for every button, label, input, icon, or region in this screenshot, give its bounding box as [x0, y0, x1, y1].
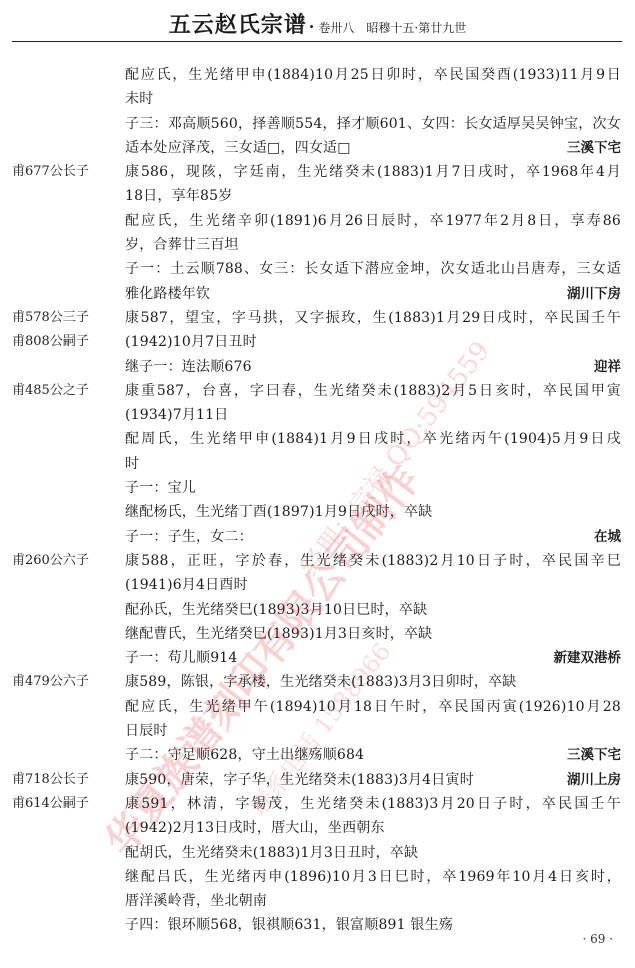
header-rule	[12, 41, 622, 42]
entry-text: (1942)2月13日戌时，厝大山，坐西朝东	[125, 816, 621, 840]
entry-line: 甫479公六子康589，陈银，字承楼，生光绪癸未(1883)3月3日卯时，卒缺	[0, 670, 635, 694]
entry-line: 配应氏，生光绪甲午(1894)10月18日午时，卒民国丙寅(1926)10月28	[0, 695, 635, 719]
entry-line: 时	[0, 452, 635, 476]
entry-line: 配应氏，生光绪甲申(1884)10月25日卯时，卒民国癸酉(1933)11月9日	[0, 63, 635, 87]
lineage-label: 甫485公之子	[12, 379, 112, 403]
entry-line: 配胡氏，生光绪癸未(1883)1月3日丑时，卒缺	[0, 841, 635, 865]
entry-text: 康重587，台喜，字曰春，生光绪癸未(1883)2月5日亥时，卒民国甲寅	[125, 379, 621, 403]
entry-text: 配应氏，生光绪辛卯(1891)6月26日辰时，卒1977年2月8日，享寿86	[125, 209, 621, 233]
genealogy-entries: 配应氏，生光绪甲申(1884)10月25日卯时，卒民国癸酉(1933)11月9日…	[0, 63, 635, 938]
entry-text: 子四：银环顺568，银祺顺631，银富顺891 银生殇	[125, 913, 621, 937]
book-title: 五云赵氏宗谱	[169, 12, 307, 38]
entry-text: 岁，合葬廿三百坦	[125, 233, 621, 257]
entry-line: 子四：银环顺568，银祺顺631，银富顺891 银生殇	[0, 913, 635, 937]
entry-text: 日辰时	[125, 719, 621, 743]
entry-line: 子一：苟儿顺914新建双港桥	[0, 646, 635, 670]
entry-line: 继配吕氏，生光绪丙申(1896)10月3日巳时，卒1969年10月4日亥时，	[0, 865, 635, 889]
lineage-label: 甫808公嗣子	[12, 330, 112, 354]
lineage-label: 甫260公六子	[12, 549, 112, 573]
entry-line: 甫718公长子康590，唐荣，字子华，生光绪癸未(1883)3月4日寅时湖川上房	[0, 768, 635, 792]
entry-text: 配应氏，生光绪甲午(1894)10月18日午时，卒民国丙寅(1926)10月28	[125, 695, 621, 719]
entry-text: 继子一：连法顺676	[125, 355, 621, 379]
residence-location: 湖川上房	[567, 768, 621, 792]
entry-text: 继配曹氏，生光绪癸巳(1893)1月3日亥时，卒缺	[125, 622, 621, 646]
entry-text: 继配吕氏，生光绪丙申(1896)10月3日巳时，卒1969年10月4日亥时，	[125, 865, 621, 889]
residence-location: 湖川下房	[567, 282, 621, 306]
entry-line: 甫614公嗣子康591，林清，字锡茂，生光绪癸未(1883)3月20日子时，卒民…	[0, 792, 635, 816]
entry-text: 康591，林清，字锡茂，生光绪癸未(1883)3月20日子时，卒民国壬午	[125, 792, 621, 816]
entry-text: 配孙氏，生光绪癸巳(1893)3月10日巳时，卒缺	[125, 598, 621, 622]
lineage-label: 甫479公六子	[12, 670, 112, 694]
entry-text: 配周氏，生光绪甲申(1884)1月9日戌时，卒光绪丙午(1904)5月9日戌	[125, 427, 621, 451]
entry-text: 雅化路楼年钦	[125, 282, 621, 306]
entry-line: 甫808公嗣子(1942)10月7日丑时	[0, 330, 635, 354]
lineage-label: 甫718公长子	[12, 768, 112, 792]
entry-line: 18日，享年85岁	[0, 184, 635, 208]
entry-line: (1934)7月11日	[0, 403, 635, 427]
residence-location: 三溪下宅	[567, 136, 621, 160]
entry-text: 时	[125, 452, 621, 476]
residence-location: 新建双港桥	[554, 646, 622, 670]
residence-location: 三溪下宅	[567, 743, 621, 767]
entry-line: 日辰时	[0, 719, 635, 743]
entry-line: 子二：守足顺628，守土出继殇顺684三溪下宅	[0, 743, 635, 767]
entry-text: 未时	[125, 87, 621, 111]
entry-line: 甫578公三子康587，望宝，字马拱，又字振玫，生(1883)1月29日戌时，卒…	[0, 306, 635, 330]
entry-text: 厝洋溪岭背，坐北朝南	[125, 889, 621, 913]
entry-text: 适本处应泽茂，三女适□，四女适□	[125, 136, 621, 160]
entry-text: (1942)10月7日丑时	[125, 330, 621, 354]
entry-line: 甫485公之子康重587，台喜，字曰春，生光绪癸未(1883)2月5日亥时，卒民…	[0, 379, 635, 403]
branch-label: 昭穆十五	[366, 21, 414, 35]
entry-line: 配孙氏，生光绪癸巳(1893)3月10日巳时，卒缺	[0, 598, 635, 622]
page-number: · 69 ·	[582, 932, 613, 946]
entry-text: (1941)6月4日酉时	[125, 573, 621, 597]
entry-text: 子二：守足顺628，守土出继殇顺684	[125, 743, 621, 767]
entry-text: 子一：宝儿	[125, 476, 621, 500]
entry-text: 子一：土云顺788、女三：长女适下潜应金坤，次女适北山吕唐寿，三女适	[125, 257, 621, 281]
entry-line: 甫260公六子康588，正旺，字於春，生光绪癸未(1883)2月10日子时，卒民…	[0, 549, 635, 573]
lineage-label: 甫614公嗣子	[12, 792, 112, 816]
entry-text: 康588，正旺，字於春，生光绪癸未(1883)2月10日子时，卒民国辛巳	[125, 549, 621, 573]
entry-line: 继配曹氏，生光绪癸巳(1893)1月3日亥时，卒缺	[0, 622, 635, 646]
entry-text: 继配杨氏，生光绪丁酉(1897)1月9日戌时，卒缺	[125, 500, 621, 524]
entry-text: 康587，望宝，字马拱，又字振玫，生(1883)1月29日戌时，卒民国壬午	[125, 306, 621, 330]
entry-line: 厝洋溪岭背，坐北朝南	[0, 889, 635, 913]
residence-location: 在城	[594, 525, 621, 549]
entry-line: 继子一：连法顺676迎祥	[0, 355, 635, 379]
title-separator: ·	[309, 17, 315, 36]
entry-text: 康590，唐荣，字子华，生光绪癸未(1883)3月4日寅时	[125, 768, 621, 792]
entry-line: 子一：子生，女二：在城	[0, 525, 635, 549]
entry-text: 配胡氏，生光绪癸未(1883)1月3日丑时，卒缺	[125, 841, 621, 865]
volume-label: 卷卅八	[318, 21, 354, 35]
entry-line: 子一：宝儿	[0, 476, 635, 500]
entry-line: 子三：邓高顺560，择善顺554，择才顺601、女四：长女适厚吴吴钟宝，次女	[0, 112, 635, 136]
lineage-label: 甫677公长子	[12, 160, 112, 184]
entry-line: (1942)2月13日戌时，厝大山，坐西朝东	[0, 816, 635, 840]
entry-text: 子一：子生，女二：	[125, 525, 621, 549]
generation-label: 第廿九世	[418, 21, 466, 35]
entry-text: 18日，享年85岁	[125, 184, 621, 208]
entry-line: 甫677公长子康586，现陔，字廷南，生光绪癸未(1883)1月7日戌时，卒19…	[0, 160, 635, 184]
entry-text: 康589，陈银，字承楼，生光绪癸未(1883)3月3日卯时，卒缺	[125, 670, 621, 694]
entry-line: 岁，合葬廿三百坦	[0, 233, 635, 257]
entry-line: 适本处应泽茂，三女适□，四女适□三溪下宅	[0, 136, 635, 160]
residence-location: 迎祥	[594, 355, 621, 379]
page-header: 五云赵氏宗谱·卷卅八昭穆十五·第廿九世	[0, 8, 635, 39]
entry-text: 配应氏，生光绪甲申(1884)10月25日卯时，卒民国癸酉(1933)11月9日	[125, 63, 621, 87]
entry-line: 雅化路楼年钦湖川下房	[0, 282, 635, 306]
entry-line: (1941)6月4日酉时	[0, 573, 635, 597]
lineage-label: 甫578公三子	[12, 306, 112, 330]
entry-text: 子三：邓高顺560，择善顺554，择才顺601、女四：长女适厚吴吴钟宝，次女	[125, 112, 621, 136]
entry-text: (1934)7月11日	[125, 403, 621, 427]
entry-line: 未时	[0, 87, 635, 111]
entry-line: 配周氏，生光绪甲申(1884)1月9日戌时，卒光绪丙午(1904)5月9日戌	[0, 427, 635, 451]
entry-line: 配应氏，生光绪辛卯(1891)6月26日辰时，卒1977年2月8日，享寿86	[0, 209, 635, 233]
entry-text: 子一：苟儿顺914	[125, 646, 621, 670]
entry-line: 继配杨氏，生光绪丁酉(1897)1月9日戌时，卒缺	[0, 500, 635, 524]
entry-text: 康586，现陔，字廷南，生光绪癸未(1883)1月7日戌时，卒1968年4月	[125, 160, 621, 184]
entry-line: 子一：土云顺788、女三：长女适下潜应金坤，次女适北山吕唐寿，三女适	[0, 257, 635, 281]
